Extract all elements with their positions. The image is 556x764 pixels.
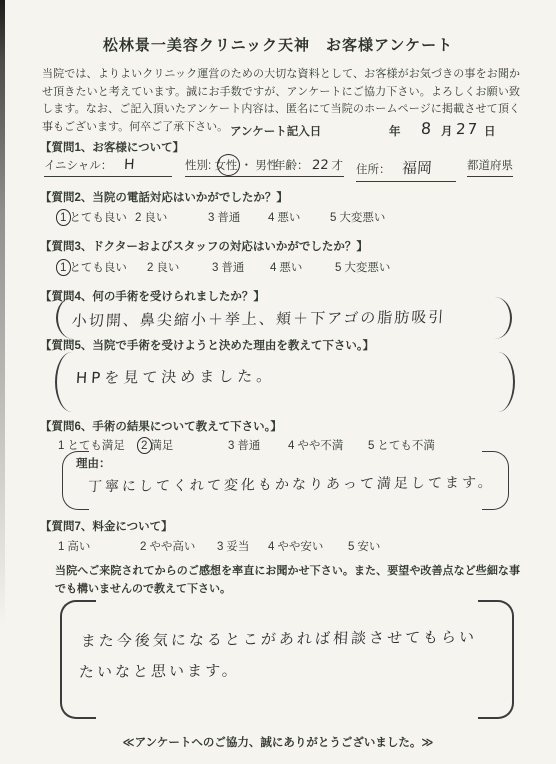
q3-option-5: 5大変悪い — [335, 259, 390, 275]
date-label: アンケート記入日 — [230, 123, 321, 139]
option-number: 3 — [212, 262, 218, 274]
scan-edge-shadow — [0, 0, 5, 764]
q2-option-5: 5大変悪い — [330, 209, 385, 225]
free-comment-text: また今後気になるとこがあれば相談させてもらい たいなと思います。 — [78, 622, 478, 688]
initial-field: イニシャル： H — [44, 157, 172, 177]
q4-answer-text: 小切開、鼻尖縮小＋挙上、頬＋下アゴの脂肪吸引 — [71, 306, 446, 331]
q2-options: 1とても良い 2良い 3普通 4悪い 5大変悪い — [0, 209, 556, 227]
q1-heading: 【質問1、お客様について】 — [40, 139, 184, 155]
option-label: 大変悪い — [344, 262, 390, 274]
q3-option-4: 4悪い — [270, 259, 302, 275]
q7-heading: 【質問7、料金について】 — [40, 518, 173, 534]
option-label: やや高い — [149, 541, 195, 553]
q2-option-4: 4悪い — [268, 209, 300, 225]
q7-option-3: 3妥当 — [217, 538, 249, 554]
prefecture-suffix: 都道府県 — [467, 157, 513, 177]
option-number: 3 — [208, 212, 214, 224]
q6-option-5: 5とても不満 — [368, 437, 435, 453]
option-number: 2 — [147, 262, 153, 274]
option-label: 安い — [357, 541, 380, 553]
option-label: 普通 — [217, 212, 240, 224]
q6-heading: 【質問6、手術の結果について教えて下さい。】 — [40, 418, 282, 434]
initial-value: H — [123, 157, 134, 173]
option-number: 5 — [368, 440, 374, 452]
age-field: 年齢： 22 才 — [274, 157, 344, 177]
option-label: 悪い — [277, 212, 300, 224]
initial-label: イニシャル： — [44, 160, 112, 172]
gender-field: 性別: 女性 ・ 男性 — [185, 157, 278, 177]
q7-option-1: 1高い — [58, 538, 90, 554]
free-comment-line-2: たいなと思います。 — [78, 653, 476, 688]
q6-reason-label: 理由： — [76, 455, 111, 471]
gender-label: 性別: — [185, 160, 211, 172]
option-label: とても良い — [69, 212, 127, 224]
date-month-suffix: 月 — [441, 123, 453, 139]
option-label: 良い — [144, 212, 167, 224]
q3-option-3: 3普通 — [212, 259, 244, 275]
age-suffix: 才 — [331, 160, 343, 172]
option-number: 1 — [60, 212, 66, 224]
q3-option-1: 1とても良い — [60, 259, 127, 275]
option-number: 4 — [268, 212, 274, 224]
option-label: 良い — [156, 262, 179, 274]
option-number: 5 — [335, 262, 341, 274]
option-label: 普通 — [221, 262, 244, 274]
q7-option-4: 4やや安い — [268, 538, 323, 554]
q2-heading: 【質問2、当院の電話対応はいかがでしたか？】 — [40, 189, 288, 205]
q6-option-2: 2満足 — [141, 437, 173, 453]
free-comment-right-bracket — [478, 600, 514, 719]
option-label: 悪い — [279, 262, 302, 274]
option-label: とても良い — [69, 262, 127, 274]
q5-answer-right-paren — [498, 352, 515, 412]
option-number: 4 — [270, 262, 276, 274]
date-day-value: 27 — [455, 120, 479, 138]
option-label: 普通 — [237, 440, 260, 452]
option-number: 2 — [135, 212, 141, 224]
q6-reason-text: 丁寧にしてくれて変化もかなりあって満足してます。 — [87, 472, 495, 496]
q2-option-1: 1とても良い — [60, 209, 127, 225]
q3-heading: 【質問3、ドクターおよびスタッフの対応はいかがでしたか？】 — [40, 238, 368, 254]
age-value: 22 — [311, 158, 328, 173]
q2-option-3: 3普通 — [208, 209, 240, 225]
footer-thanks: ≪アンケートへのご協力、誠にありがとうございました。≫ — [0, 734, 556, 750]
closing-request: 当院へご来院されてからのご感想を率直にお聞かせ下さい。また、要望や改善点など些細… — [55, 562, 520, 598]
option-number: 1 — [58, 440, 64, 452]
option-label: やや安い — [277, 541, 323, 553]
q6-option-1: 1とても満足 — [58, 437, 125, 453]
q6-option-3: 3普通 — [228, 437, 260, 453]
option-number: 3 — [228, 440, 234, 452]
option-label: とても不満 — [377, 440, 435, 452]
option-label: 大変悪い — [339, 212, 385, 224]
q7-option-5: 5安い — [348, 538, 380, 554]
age-label: 年齢： — [274, 160, 309, 172]
option-label: 高い — [67, 541, 90, 553]
gender-option-female: 女性 — [214, 157, 237, 173]
q2-option-2: 2良い — [135, 209, 167, 225]
option-number: 3 — [217, 541, 223, 553]
q4-answer-right-paren — [495, 297, 512, 339]
q5-heading: 【質問5、当院で手術を受けようと決めた理由を教えて下さい。】 — [40, 337, 374, 353]
q7-option-2: 2やや高い — [140, 538, 195, 554]
option-label: 妥当 — [226, 541, 249, 553]
address-label: 住所： — [356, 164, 391, 176]
option-number: 1 — [58, 541, 64, 553]
address-field: 住所： 福岡 — [356, 157, 456, 182]
free-comment-line-1: また今後気になるとこがあれば相談させてもらい — [80, 622, 478, 657]
option-label: 満足 — [150, 440, 173, 452]
q5-answer-left-paren — [55, 352, 72, 412]
gender-separator: ・ — [241, 160, 253, 172]
option-number: 4 — [268, 541, 274, 553]
option-number: 4 — [288, 440, 294, 452]
date-month-value: 8 — [420, 119, 431, 138]
q4-heading: 【質問4、何の手術を受けられましたか？】 — [40, 288, 265, 304]
option-number: 1 — [60, 262, 66, 274]
option-number: 5 — [348, 541, 354, 553]
q5-answer-text: HPを見て決めました。 — [75, 365, 276, 388]
q3-options: 1とても良い 2良い 3普通 4悪い 5大変悪い — [0, 259, 556, 277]
option-number: 2 — [140, 541, 146, 553]
survey-scan-page: 松林景一美容クリニック天神 お客様アンケート 当院では、よりよいクリニック運営の… — [0, 0, 556, 764]
option-label: やや不満 — [297, 440, 343, 452]
date-day-suffix: 日 — [484, 123, 496, 139]
q3-option-2: 2良い — [147, 259, 179, 275]
q7-options: 1高い 2やや高い 3妥当 4やや安い 5安い — [0, 538, 556, 556]
option-number: 2 — [141, 440, 147, 452]
option-number: 5 — [330, 212, 336, 224]
page-title: 松林景一美容クリニック天神 お客様アンケート — [0, 34, 556, 55]
address-value: 福岡 — [401, 157, 432, 178]
q6-option-4: 4やや不満 — [288, 437, 343, 453]
date-year-suffix: 年 — [389, 123, 401, 139]
